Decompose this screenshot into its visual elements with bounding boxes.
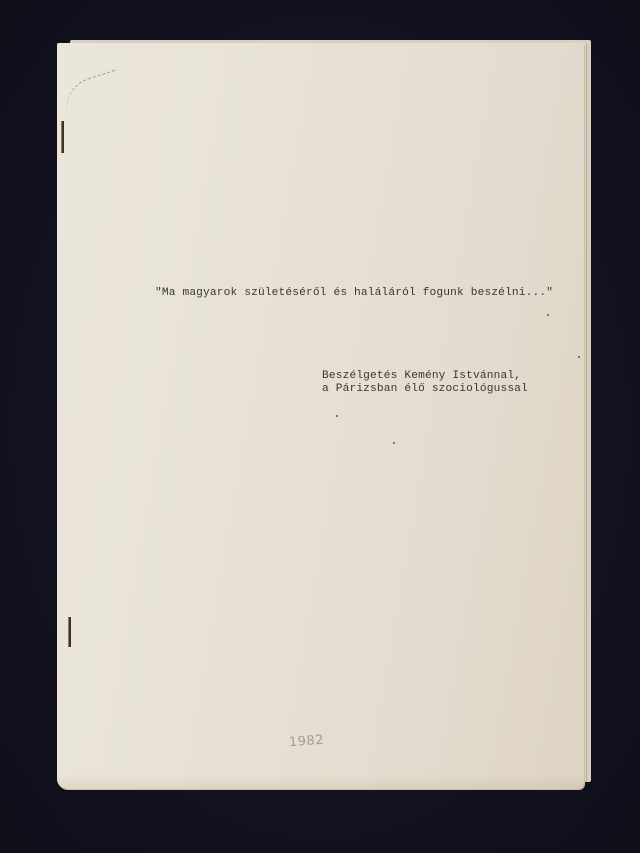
paper-speck: [578, 356, 580, 358]
handwritten-year: 1982: [289, 733, 325, 750]
staple-icon-bottom: [68, 617, 71, 647]
paper-speck: [547, 314, 549, 316]
staple-icon-top: [61, 121, 64, 153]
document-subtitle-line-2: a Párizsban élő szociológussal: [322, 383, 528, 395]
paper-speck: [393, 442, 395, 444]
document-cover-page: [57, 43, 584, 789]
document-title: "Ma magyarok születéséről és haláláról f…: [155, 287, 553, 299]
paper-speck: [336, 415, 338, 417]
document-subtitle-line-1: Beszélgetés Kemény Istvánnal,: [322, 370, 521, 382]
